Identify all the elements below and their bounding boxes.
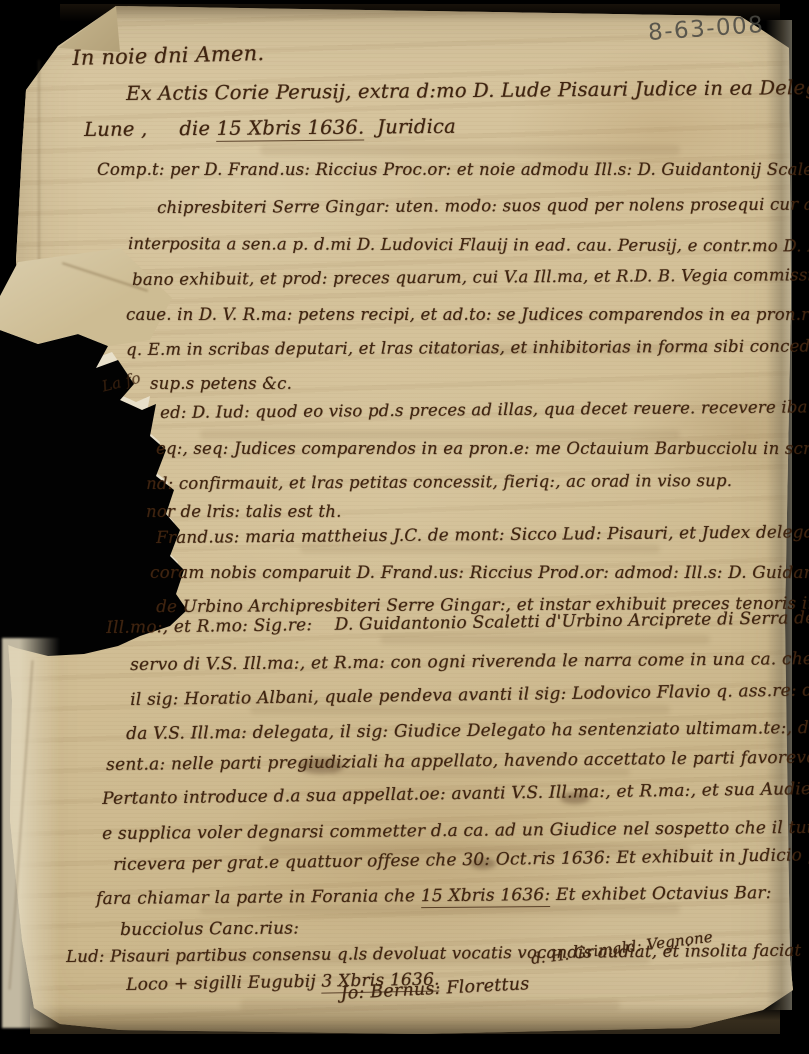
manuscript-line: coram nobis comparuit D. Frand.us: Ricci… [150,562,809,582]
manuscript-line: sup.s petens &c. [150,374,292,393]
manuscript-photo: 8-63-008 In noie dni Amen. Ex Actis Cori… [0,0,809,1054]
manuscript-line: interposita a sen.a p. d.mi D. Ludovici … [128,234,809,256]
exhibit-line-post: Et exhibet Octavius Bar: [550,883,771,905]
manuscript-line: caue. in D. V. R.ma: petens recipi, et a… [126,305,809,324]
underlined-date: 15 Xbris 1636: [421,885,551,908]
manuscript-line: chipresbiteri Serre Gingar: uten. modo: … [157,194,809,217]
exhibit-line-pre: fara chiamar la parte in Forania che [96,886,421,909]
manuscript-line: eq:, seq: Judices comparendos in ea pron… [156,439,809,458]
manuscript-line: Comp.t: per D. Frand.us: Riccius Proc.or… [97,160,809,179]
underlined-date: 15 Xbris 1636. [216,116,364,142]
date-line: Lune , die 15 Xbris 1636. Juridica [84,115,456,141]
manuscript-line: nor de lris: talis est th. [146,502,342,521]
date-line-post: Juridica [364,115,456,139]
manuscript-line: q. E.m in scribas deputari, et lras cita… [126,336,809,359]
seal-line-pre: Loco + sigilli Eugubij [126,972,322,995]
invocation-line: In noie dni Amen. [72,41,265,70]
manuscript-line: bucciolus Canc.rius: [120,918,299,940]
date-line-pre: Lune , die [84,117,217,141]
manuscript-line: nd: confirmauit, et lras petitas concess… [146,471,732,493]
